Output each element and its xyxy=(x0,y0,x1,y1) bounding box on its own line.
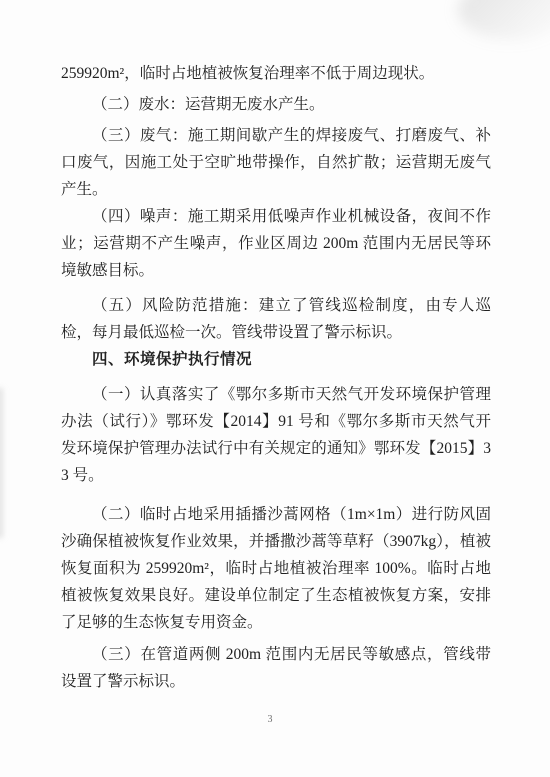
paragraph-temporary-land-restoration: （二）临时占地采用插播沙蒿网格（1m×1m）进行防风固沙确保植被恢复作业效果，并… xyxy=(61,501,491,636)
scan-artifact-left-edge xyxy=(0,388,3,538)
document-body: 259920m²，临时占地植被恢复治理率不低于周边现状。 （二）废水：运营期无废… xyxy=(61,60,491,695)
scan-artifact-top-right xyxy=(458,0,550,40)
paragraph-risk-prevention: （五）风险防范措施：建立了管线巡检制度，由专人巡检，每月最低巡检一次。管线带设置… xyxy=(61,292,491,346)
section-heading-environmental-protection-implementation: 四、环境保护执行情况 xyxy=(61,346,491,373)
page-number: 3 xyxy=(0,714,540,725)
paragraph-wastewater: （二）废水：运营期无废水产生。 xyxy=(61,91,491,118)
paragraph-regulation-compliance: （一）认真落实了《鄂尔多斯市天然气开发环境保护管理办法（试行）》鄂环发【2014… xyxy=(61,381,491,489)
paragraph-warning-signs: （三）在管道两侧 200m 范围内无居民等敏感点，管线带设置了警示标识。 xyxy=(61,641,491,695)
document-page: 259920m²，临时占地植被恢复治理率不低于周边现状。 （二）废水：运营期无废… xyxy=(0,0,550,777)
paragraph-vegetation-restoration-rate: 259920m²，临时占地植被恢复治理率不低于周边现状。 xyxy=(61,60,491,87)
paragraph-noise: （四）噪声：施工期采用低噪声作业机械设备，夜间不作业；运营期不产生噪声，作业区周… xyxy=(61,203,491,284)
paragraph-exhaust-gas: （三）废气：施工期间歇产生的焊接废气、打磨废气、补口废气，因施工处于空旷地带操作… xyxy=(61,122,491,203)
